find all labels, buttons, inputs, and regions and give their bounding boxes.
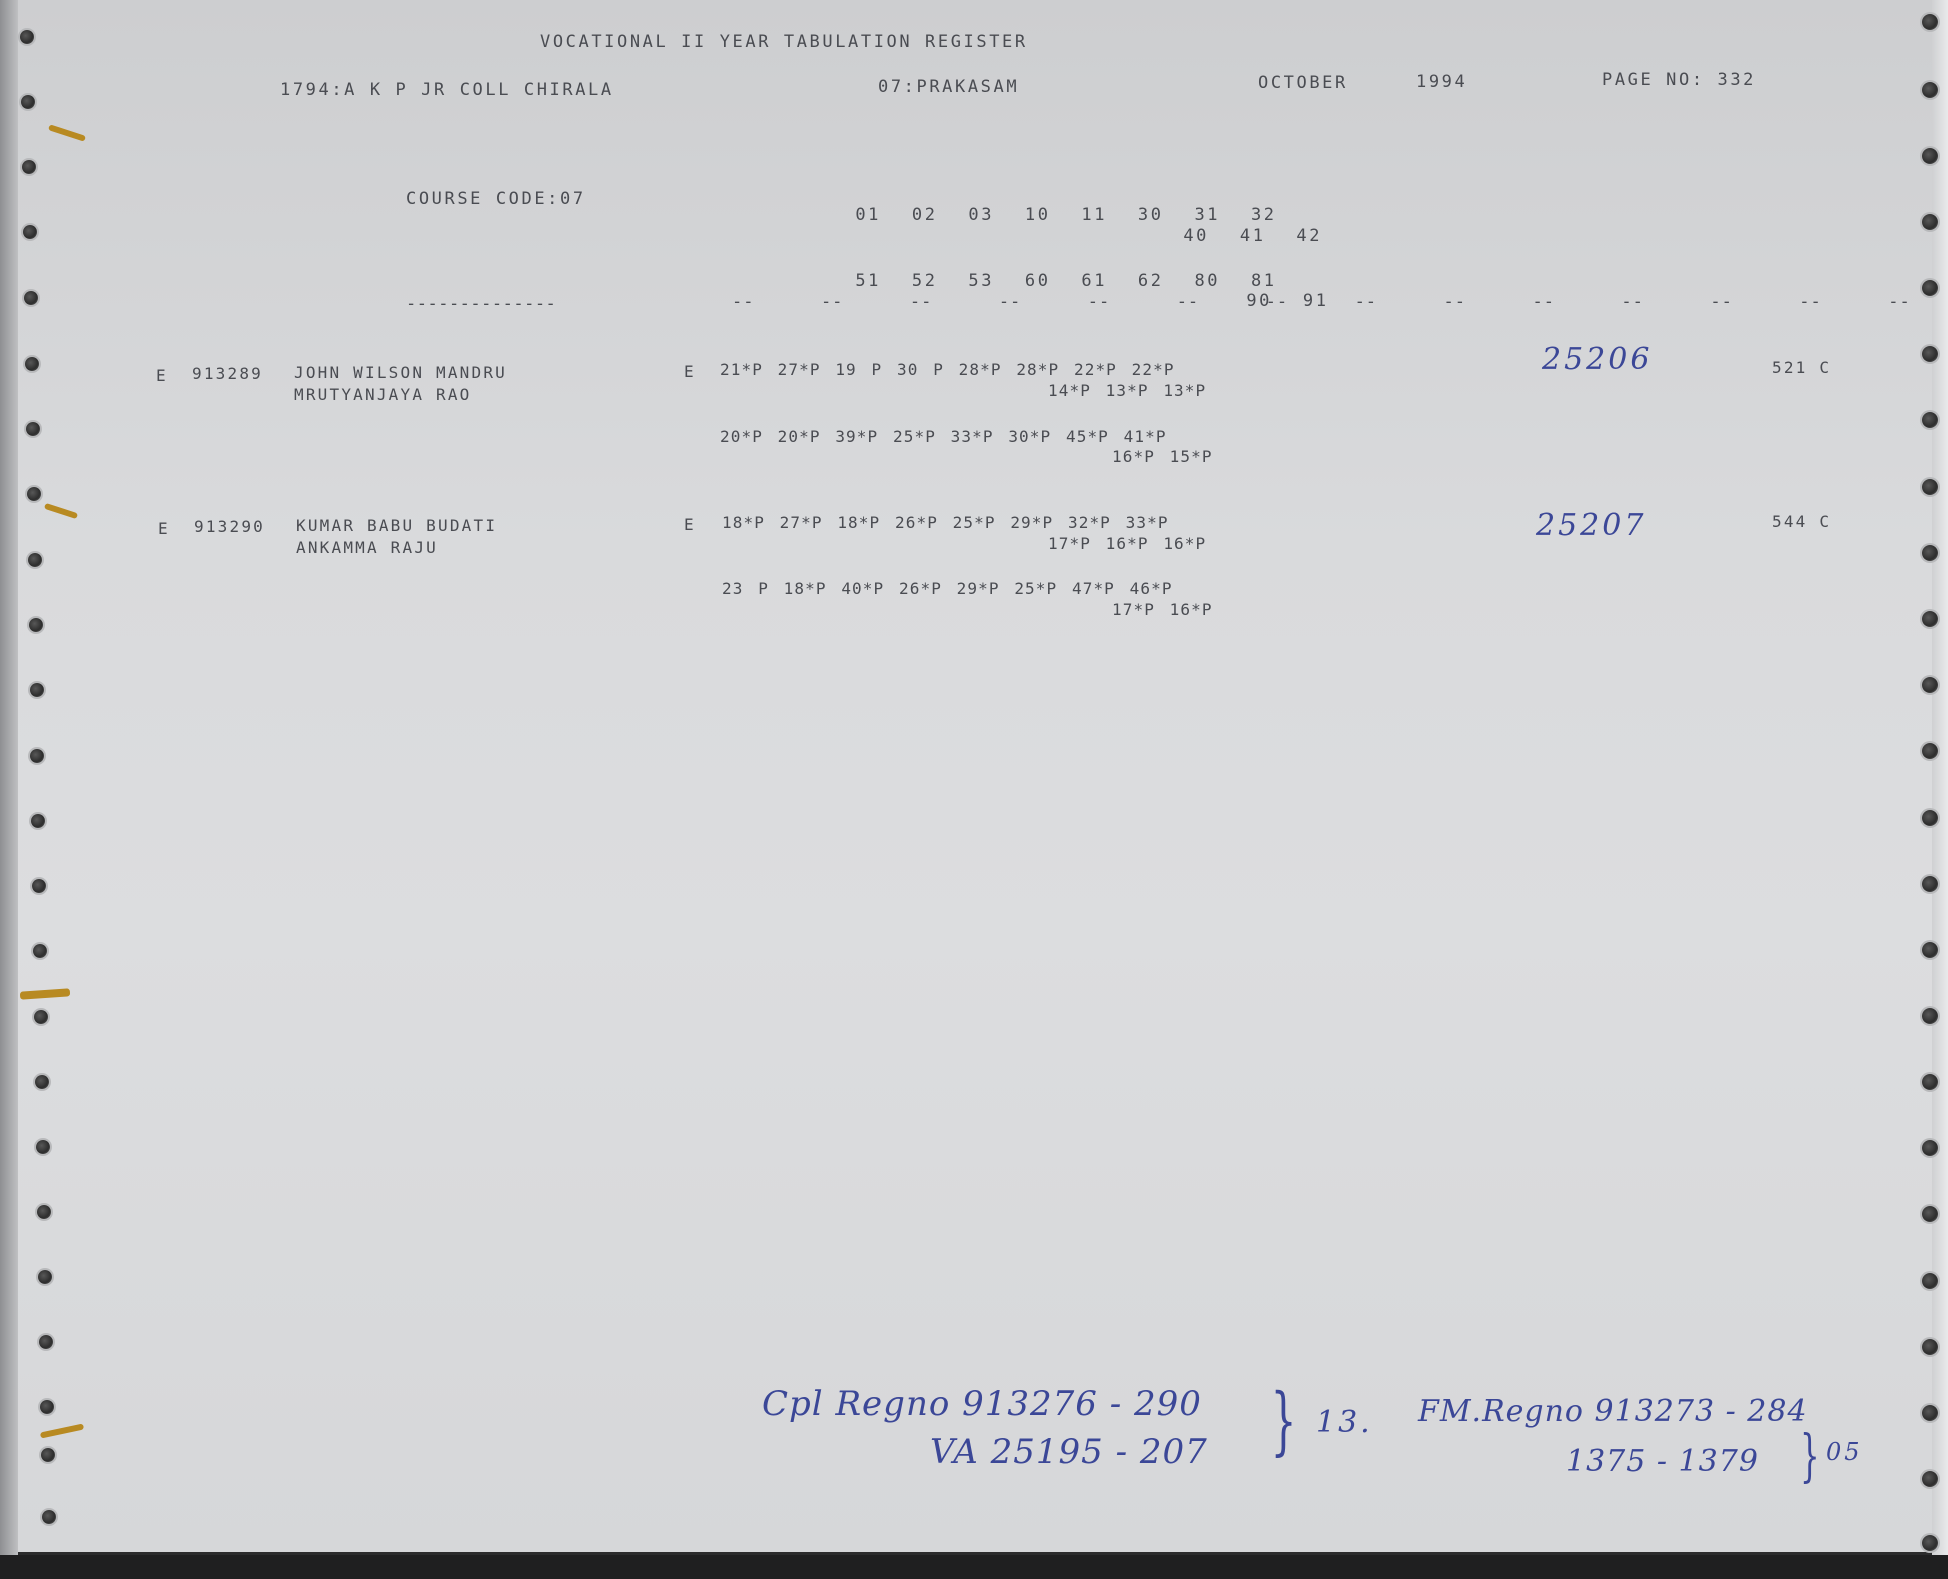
feed-hole <box>30 749 44 763</box>
feed-hole <box>1922 1273 1938 1289</box>
feed-hole <box>1922 479 1938 495</box>
feed-hole <box>1922 942 1938 958</box>
feed-hole <box>1922 346 1938 362</box>
feed-hole <box>33 944 47 958</box>
feed-hole <box>31 814 45 828</box>
student-name: JOHN WILSON MANDRU <box>294 363 507 383</box>
page-number: PAGE NO: 332 <box>1602 70 1756 90</box>
feed-hole <box>1922 280 1938 296</box>
register-number: 913290 <box>194 517 265 537</box>
feed-hole <box>38 1270 52 1284</box>
father-name: MRUTYANJAYA RAO <box>294 385 472 405</box>
feed-hole <box>1922 810 1938 826</box>
binding-thread <box>20 988 70 999</box>
handwritten-serial: 25207 <box>1536 508 1646 543</box>
feed-hole <box>29 618 43 632</box>
note-va-range: VA 25195 - 207 <box>930 1432 1208 1472</box>
marks-row1-sub: 14*P 13*P 13*P <box>1048 381 1206 401</box>
feed-hole <box>37 1205 51 1219</box>
marks-row2-sub: 16*P 15*P <box>1112 447 1213 467</box>
feed-hole <box>1922 1206 1938 1222</box>
feed-hole <box>35 1075 49 1089</box>
binding-thread <box>44 503 78 519</box>
feed-hole <box>1922 1140 1938 1156</box>
paper-edge <box>0 0 18 1560</box>
column-dashes: -- -- -- -- -- -- -- -- -- -- -- -- -- -… <box>732 292 1948 312</box>
feed-hole <box>21 95 35 109</box>
feed-hole <box>1922 545 1938 561</box>
marks-row2: 20*P 20*P 39*P 25*P 33*P 30*P 45*P 41*P <box>720 427 1167 447</box>
feed-hole <box>1922 1008 1938 1024</box>
feed-hole <box>1922 1339 1938 1355</box>
feed-hole <box>42 1510 56 1524</box>
total-marks: 521 C <box>1772 358 1831 378</box>
marks-row1: 21*P 27*P 19 P 30 P 28*P 28*P 22*P 22*P <box>720 360 1175 380</box>
feed-hole <box>32 879 46 893</box>
note-regno-range: Cpl Regno 913276 - 290 <box>762 1384 1202 1424</box>
exam-month: OCTOBER <box>1258 73 1348 93</box>
exam-year: 1994 <box>1416 72 1467 92</box>
medium: E <box>684 515 696 535</box>
register-title: VOCATIONAL II YEAR TABULATION REGISTER <box>540 32 1028 52</box>
candidate-type: E <box>158 519 170 539</box>
binding-thread <box>40 1423 84 1438</box>
note-fm-regno-range: FM.Regno 913273 - 284 <box>1418 1394 1808 1429</box>
feed-hole <box>1922 14 1938 30</box>
feed-hole <box>1922 1405 1938 1421</box>
feed-hole <box>25 357 39 371</box>
feed-hole <box>22 160 36 174</box>
feed-hole <box>36 1140 50 1154</box>
marks-row1: 18*P 27*P 18*P 26*P 25*P 29*P 32*P 33*P <box>722 513 1169 533</box>
header-underline: -------------- <box>406 294 556 314</box>
feed-hole <box>40 1400 54 1414</box>
total-marks: 544 C <box>1772 512 1831 532</box>
feed-hole <box>1922 876 1938 892</box>
student-name: KUMAR BABU BUDATI <box>296 516 497 536</box>
district-name: 07:PRAKASAM <box>878 77 1019 97</box>
brace-mark: } <box>1271 1384 1297 1458</box>
medium: E <box>684 362 696 382</box>
feed-hole <box>1922 1535 1938 1551</box>
college-name: 1794:A K P JR COLL CHIRALA <box>280 80 614 100</box>
note-fm-count: 05 <box>1826 1438 1863 1466</box>
marks-row1-sub: 17*P 16*P 16*P <box>1048 534 1206 554</box>
note-count: 13. <box>1316 1405 1373 1440</box>
father-name: ANKAMMA RAJU <box>296 538 438 558</box>
feed-hole <box>1922 611 1938 627</box>
note-fm-range: 1375 - 1379 <box>1566 1444 1759 1479</box>
marks-row2: 23 P 18*P 40*P 26*P 29*P 25*P 47*P 46*P <box>722 579 1173 599</box>
feed-hole <box>1922 677 1938 693</box>
feed-hole <box>26 422 40 436</box>
register-number: 913289 <box>192 364 263 384</box>
course-code-label: COURSE CODE:07 <box>406 189 586 209</box>
binding-thread <box>48 124 86 141</box>
candidate-type: E <box>156 366 168 386</box>
feed-hole <box>34 1010 48 1024</box>
feed-hole <box>39 1335 53 1349</box>
register-sheet: VOCATIONAL II YEAR TABULATION REGISTER 1… <box>0 0 1934 1552</box>
feed-hole <box>20 30 34 44</box>
feed-hole <box>28 553 42 567</box>
feed-hole <box>1922 1471 1938 1487</box>
feed-hole <box>1922 743 1938 759</box>
feed-hole <box>1922 412 1938 428</box>
feed-hole <box>30 683 44 697</box>
feed-hole <box>1922 148 1938 164</box>
feed-hole <box>1922 82 1938 98</box>
feed-hole <box>23 225 37 239</box>
background-table <box>0 1555 1948 1579</box>
feed-hole <box>41 1448 55 1462</box>
feed-hole <box>24 291 38 305</box>
feed-hole <box>27 487 41 501</box>
brace-mark: } <box>1800 1420 1820 1494</box>
handwritten-serial: 25206 <box>1542 342 1652 377</box>
feed-hole <box>1922 1074 1938 1090</box>
marks-row2-sub: 17*P 16*P <box>1112 600 1213 620</box>
feed-hole <box>1922 214 1938 230</box>
